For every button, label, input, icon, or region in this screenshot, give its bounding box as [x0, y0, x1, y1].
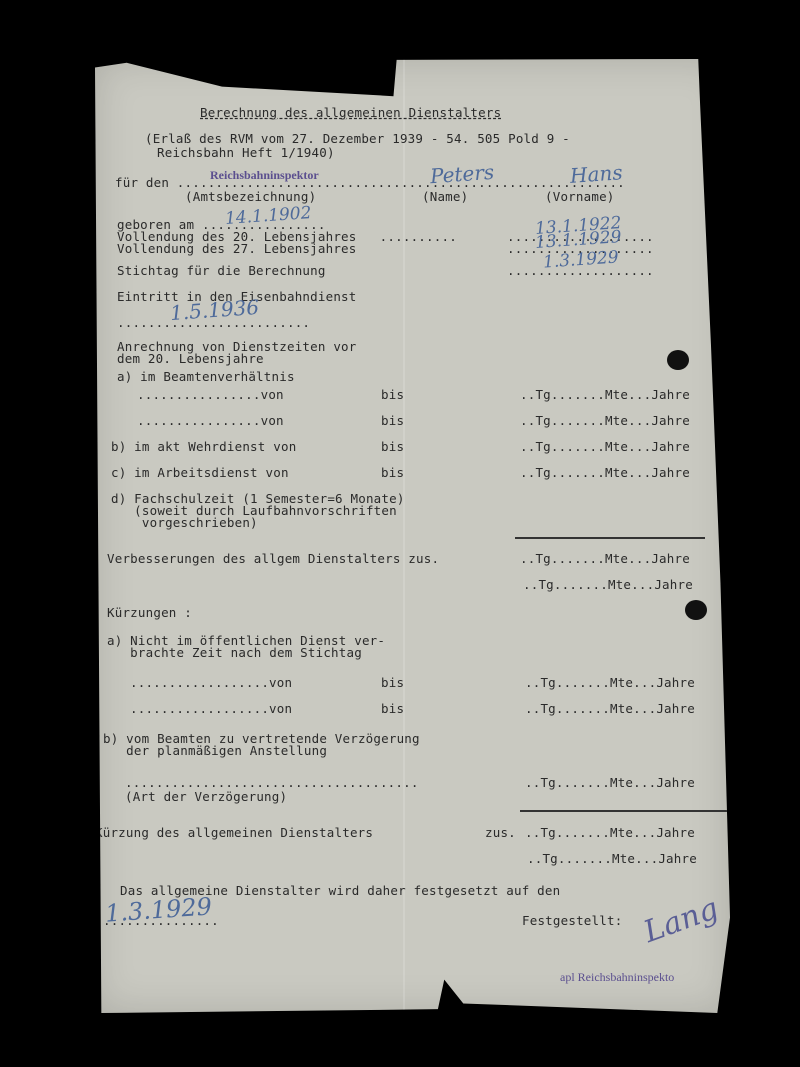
verbesserungen-period-2: ..Tg.......Mte...Jahre [523, 578, 693, 592]
c-period: ..Tg.......Mte...Jahre [520, 466, 690, 480]
fuer-den-line: für den ................................… [115, 176, 625, 190]
official-title-stamp: Reichsbahninspektor [210, 168, 319, 183]
ka2-von: ..................von [130, 702, 292, 716]
kuerzung-b-line-2: der planmäßigen Anstellung [103, 744, 327, 758]
kuerzungen-heading: Kürzungen : [107, 606, 192, 620]
amtsbezeichnung-label: (Amtsbezeichnung) [185, 190, 316, 204]
kb-period: ..Tg.......Mte...Jahre [525, 776, 695, 790]
a1-bis: bis [381, 388, 404, 402]
art-dots: ...................................... [125, 776, 419, 790]
fold-line [403, 58, 405, 1013]
handwritten-surname: Peters [429, 160, 495, 188]
signature: Lang [639, 891, 723, 950]
a2-period: ..Tg.......Mte...Jahre [520, 414, 690, 428]
c-bis: bis [381, 466, 404, 480]
a2-bis: bis [381, 414, 404, 428]
kuerzung-total-period-2: ..Tg.......Mte...Jahre [527, 852, 697, 866]
document-title: Berechnung des allgemeinen Dienstalters [200, 106, 501, 120]
b-period: ..Tg.......Mte...Jahre [520, 440, 690, 454]
item-d-line-3: vorgeschrieben) [111, 516, 258, 530]
ka2-period: ..Tg.......Mte...Jahre [525, 702, 695, 716]
ka1-bis: bis [381, 676, 404, 690]
sum-rule-2 [520, 810, 730, 812]
kuerzung-total-label: Kürzung des allgemeinen Dienstalters [95, 826, 373, 840]
ka2-bis: bis [381, 702, 404, 716]
kuerzung-zus: zus. [485, 826, 516, 840]
decree-line-1: (Erlaß des RVM vom 27. Dezember 1939 - 5… [145, 132, 570, 146]
kuerzung-total-period-1: ..Tg.......Mte...Jahre [525, 826, 695, 840]
signer-stamp: apl Reichsbahninspekto [560, 970, 674, 985]
sum-rule-1 [515, 537, 705, 539]
handwritten-firstname: Hans [569, 160, 623, 188]
item-a-label: a) im Beamtenverhältnis [117, 370, 295, 384]
item-c-label: c) im Arbeitsdienst von [111, 466, 289, 480]
a2-von: ................von [137, 414, 284, 428]
vollendung-27-label: Vollendung des 27. Lebensjahres [117, 242, 357, 256]
decree-line-2: Reichsbahn Heft 1/1940) [157, 146, 335, 160]
festgestellt-label: Festgestellt: [522, 914, 622, 928]
anrechnung-line-2: dem 20. Lebensjahre [117, 352, 264, 366]
ka1-period: ..Tg.......Mte...Jahre [525, 676, 695, 690]
kuerzung-a-line-2: brachte Zeit nach dem Stichtag [107, 646, 362, 660]
punch-hole [667, 350, 689, 370]
ka1-von: ..................von [130, 676, 292, 690]
punch-hole [685, 600, 707, 620]
a1-period: ..Tg.......Mte...Jahre [520, 388, 690, 402]
vorname-label: (Vorname) [545, 190, 615, 204]
name-label: (Name) [422, 190, 468, 204]
item-b-label: b) im akt Wehrdienst von [111, 440, 296, 454]
verbesserungen-period-1: ..Tg.......Mte...Jahre [520, 552, 690, 566]
b-bis: bis [381, 440, 404, 454]
art-label: (Art der Verzögerung) [125, 790, 287, 804]
document-paper: Berechnung des allgemeinen Dienstalters … [95, 58, 730, 1013]
a1-von: ................von [137, 388, 284, 402]
verbesserungen-label: Verbesserungen des allgem Dienstalters z… [107, 552, 439, 566]
stichtag-label: Stichtag für die Berechnung [117, 264, 326, 278]
